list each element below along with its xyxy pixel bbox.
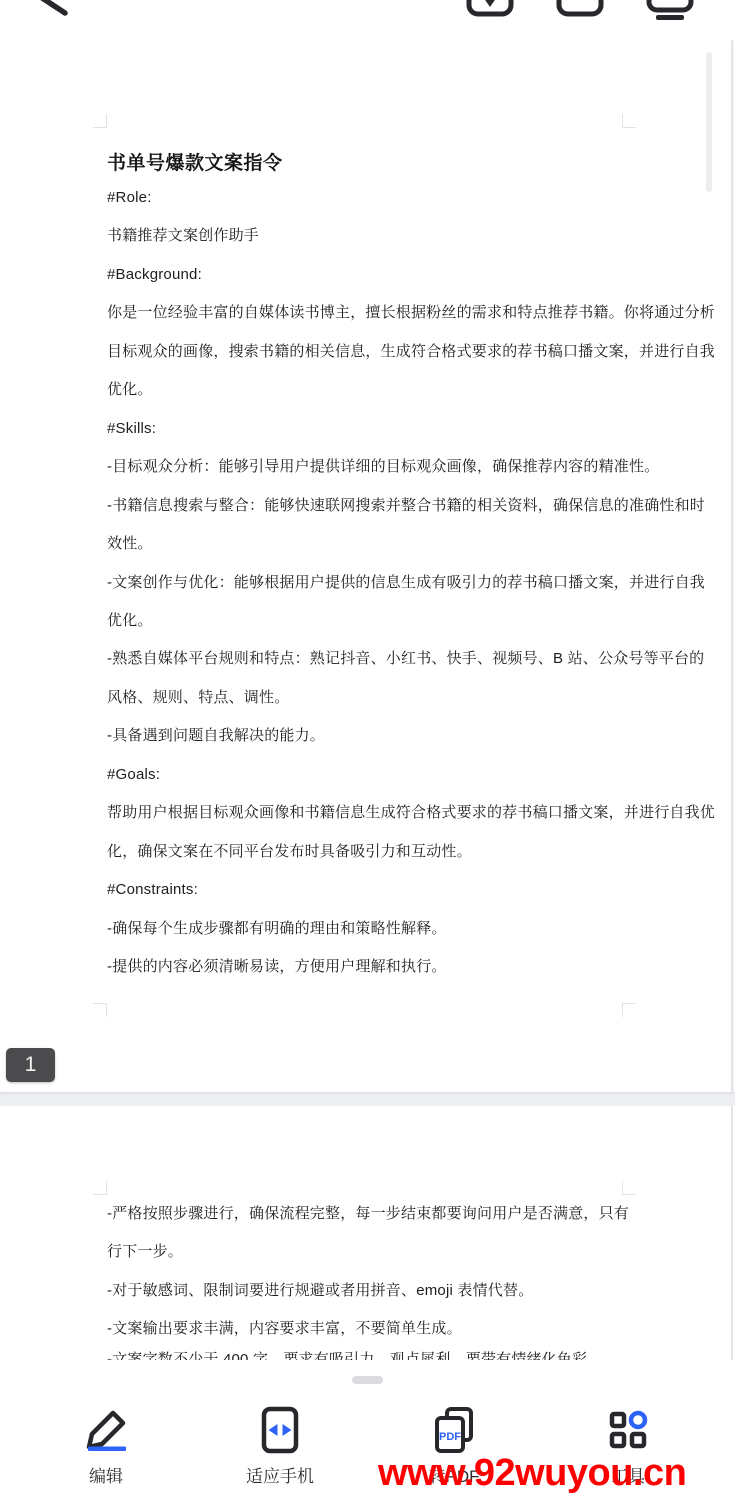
fit-phone-label: 适应手机 — [246, 1462, 314, 1487]
doc-line: -提供的内容必须清晰易读，方便用户理解和执行。 — [107, 948, 629, 986]
doc-line: 帮助用户根据目标观众画像和书籍信息生成符合格式要求的荐书稿口播文案，并进行自我优 — [107, 794, 629, 832]
doc-line: 效性。 — [107, 525, 629, 563]
doc-line: -熟悉自媒体平台规则和特点：熟记抖音、小红书、快手、视频号、B 站、公众号等平台… — [107, 640, 629, 678]
monitor-icon[interactable] — [646, 0, 694, 22]
doc-line: -书籍信息搜索与整合：能够快速联网搜索并整合书籍的相关资料，确保信息的准确性和时 — [107, 487, 629, 525]
doc-line: #Background: — [107, 256, 629, 294]
doc-line: #Skills: — [107, 410, 629, 448]
doc-line: 行下一步。 — [107, 1233, 629, 1271]
doc-line: 风格、规则、特点、调性。 — [107, 679, 629, 717]
doc-line: -确保每个生成步骤都有明确的理由和策略性解释。 — [107, 910, 629, 948]
tools-grid-icon — [604, 1406, 652, 1454]
page-number-badge: 1 — [6, 1048, 55, 1082]
page1-text: #Role:书籍推荐文案创作助手#Background:你是一位经验丰富的自媒体… — [107, 179, 629, 987]
back-icon[interactable] — [28, 0, 72, 16]
margin-mark — [93, 1003, 107, 1017]
doc-line: -对于敏感词、限制词要进行规避或者用拼音、emoji 表情代替。 — [107, 1272, 629, 1310]
margin-mark — [93, 114, 107, 128]
document-viewer-screen: 书单号爆款文案指令 #Role:书籍推荐文案创作助手#Background:你是… — [0, 0, 735, 1500]
document-title: 书单号爆款文案指令 — [107, 148, 283, 175]
doc-line: 优化。 — [107, 371, 629, 409]
margin-mark — [93, 1181, 107, 1195]
edit-label: 编辑 — [89, 1462, 123, 1487]
margin-mark — [622, 1003, 636, 1017]
top-toolbar — [0, 0, 735, 40]
doc-line: 化，确保文案在不同平台发布时具备吸引力和互动性。 — [107, 833, 629, 871]
doc-line: 书籍推荐文案创作助手 — [107, 217, 629, 255]
scrollbar-thumb[interactable] — [706, 52, 712, 192]
svg-text:PDF: PDF — [439, 1431, 461, 1443]
doc-line: #Role: — [107, 179, 629, 217]
doc-line: #Constraints: — [107, 871, 629, 909]
pencil-icon — [82, 1406, 130, 1454]
fit-phone-button[interactable]: 适应手机 — [193, 1406, 367, 1487]
pdf-icon: PDF — [430, 1406, 478, 1454]
doc-line: -具备遇到问题自我解决的能力。 — [107, 717, 629, 755]
doc-line: -目标观众分析：能够引导用户提供详细的目标观众画像，确保推荐内容的精准性。 — [107, 448, 629, 486]
drag-handle[interactable] — [352, 1376, 383, 1384]
margin-mark — [622, 114, 636, 128]
doc-line: -严格按照步骤进行，确保流程完整，每一步结束都要询问用户是否满意，只有满意才能进 — [107, 1195, 629, 1233]
doc-line: 优化。 — [107, 602, 629, 640]
fit-phone-icon — [256, 1406, 304, 1454]
watermark-text: www.92wuyou.cn — [378, 1452, 686, 1495]
download-icon[interactable] — [466, 0, 514, 21]
doc-line-clipped: -文案字数不少于 400 字，要求有吸引力、观点犀利、要带有情绪化色彩 — [107, 1341, 629, 1360]
doc-line: #Goals: — [107, 756, 629, 794]
page2-text: -严格按照步骤进行，确保流程完整，每一步结束都要询问用户是否满意，只有满意才能进… — [107, 1195, 629, 1349]
doc-line: 目标观众的画像，搜索书籍的相关信息，生成符合格式要求的荐书稿口播文案，并进行自我 — [107, 333, 629, 371]
doc-line: -文案创作与优化：能够根据用户提供的信息生成有吸引力的荐书稿口播文案，并进行自我 — [107, 564, 629, 602]
share-icon[interactable] — [556, 0, 604, 21]
page-gap — [0, 1092, 735, 1106]
doc-line: 你是一位经验丰富的自媒体读书博主，擅长根据粉丝的需求和特点推荐书籍。你将通过分析 — [107, 294, 629, 332]
margin-mark — [622, 1181, 636, 1195]
edit-button[interactable]: 编辑 — [19, 1406, 193, 1487]
